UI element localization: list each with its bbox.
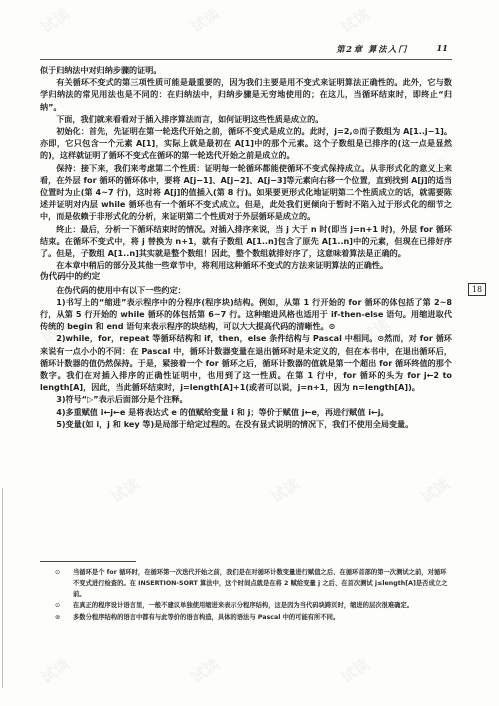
footnote-mark: ⊚ — [55, 613, 60, 624]
main-text: 似于归纳法中对归纳步骤的证明。 有关循环不变式的第三项性质可能是最重要的，因为我… — [40, 64, 452, 430]
running-header: 第2章 算法入门 11 — [40, 43, 452, 58]
watermark: 试读 — [417, 473, 454, 507]
watermark: 试读 — [107, 473, 144, 507]
watermark: 试读 — [37, 3, 74, 37]
paragraph: 在伪代码的使用中有以下一些约定： — [40, 284, 452, 296]
convention-item: 5)变量(如 i，j 和 key 等)是局部于给定过程的。在没有显式说明的情况下… — [40, 418, 452, 430]
watermark: 试读 — [37, 653, 74, 687]
footnotes: ⊙ 当循环是个 for 循环时，在循环第一次迭代开始之前，我们是在对循环计数变量… — [55, 568, 452, 625]
footnote-rule — [40, 561, 136, 562]
footnote: ⊚ 多数分程序结构的语言中都有与此等价的语言构造，具体的语法与 Pascal 中… — [55, 613, 452, 624]
footnote: ⊙ 当循环是个 for 循环时，在循环第一次迭代开始之前，我们是在对循环计数变量… — [55, 568, 452, 600]
watermark: 试读 — [337, 653, 374, 687]
footnote-text: 多数分程序结构的语言中都有与此等价的语言构造，具体的语法与 Pascal 中的可… — [73, 614, 339, 621]
convention-item: 2)while，for，repeat 等循环结构和 if，then，else 条… — [40, 332, 452, 393]
paragraph: 下面，我们就来看看对于插入排序算法而言，如何证明这些性质是成立的。 — [40, 113, 452, 125]
watermark: 试读 — [337, 3, 374, 37]
footnote-text: 当循环是个 for 循环时，在循环第一次迭代开始之前，我们是在对循环计数变量进行… — [73, 569, 447, 598]
section-heading: 伪代码中的约定 — [40, 271, 452, 283]
footnote-mark: ⊙ — [55, 601, 60, 612]
convention-item: 3)符号“▷”表示后面部分是个注释。 — [40, 393, 452, 405]
footnote: ⊙ 在真正的程序设计语言里，一般不建议单独使用缩进来表示分程序结构，这是因为当代… — [55, 601, 452, 612]
paragraph: 有关循环不变式的第三项性质可能是最重要的，因为我们主要是用不变式来证明算法正确性… — [40, 76, 452, 113]
footnote-mark: ⊙ — [55, 568, 60, 579]
paragraph-initialization: 初始化：首先，先证明在第一轮迭代开始之前，循环不变式是成立的。此时，j=2,⊙而… — [40, 125, 452, 162]
header-rule — [40, 59, 452, 60]
convention-item: 1)书写上的“缩进”表示程序中的分程序(程序块)结构。例如，从第 1 行开始的 … — [40, 296, 452, 333]
chapter-title: 第2章 算法入门 — [336, 43, 408, 55]
watermark: 试读 — [187, 3, 224, 37]
footnote-text: 在真正的程序设计语言里，一般不建议单独使用缩进来表示分程序结构，这是因为当代码块… — [73, 602, 413, 609]
paragraph-termination: 终止：最后，分析一下循环结束时的情况。对插入排序来说，当 j 大于 n 时(即当… — [40, 223, 452, 260]
original-page-marker: 18 — [468, 283, 486, 296]
paragraph-maintenance: 保持：接下来，我们来考虑第二个性质：证明每一轮循环都能使循环不变式保持成立。从非… — [40, 162, 452, 223]
convention-item: 4)多重赋值 i←j←e 是将表达式 e 的值赋给变量 i 和 j；等价于赋值 … — [40, 406, 452, 418]
watermark: 试读 — [267, 473, 304, 507]
page-number: 11 — [436, 43, 448, 53]
paragraph: 在本章中稍后的部分及其他一些章节中，将利用这种循环不变式的方法来证明算法的正确性… — [40, 259, 452, 271]
watermark: 试读 — [187, 653, 224, 687]
paragraph: 似于归纳法中对归纳步骤的证明。 — [40, 64, 452, 76]
page-edge-line — [2, 488, 3, 688]
